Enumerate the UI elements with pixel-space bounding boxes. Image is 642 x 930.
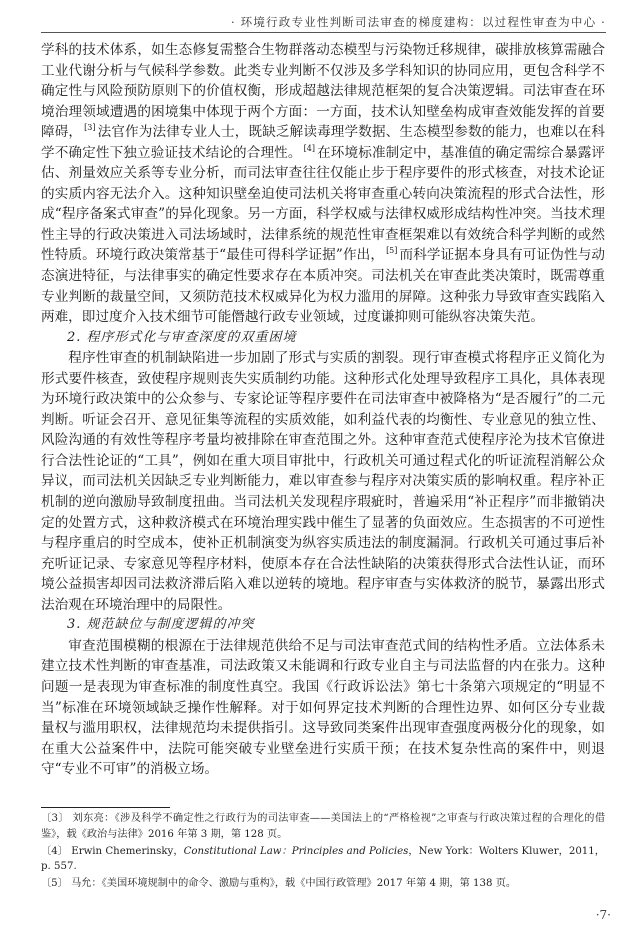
section-heading-3: 3. 规范缺位与制度逻辑的冲突: [41, 615, 605, 636]
footnote-title: Constitutional Law：Principles and Polici…: [184, 846, 409, 857]
header-rule: [41, 32, 606, 33]
footnote-author: Erwin Chemerinsky，: [71, 846, 183, 857]
footnote-divider: [41, 807, 170, 808]
footnote-ref-3[interactable]: [3]: [84, 123, 95, 132]
footnote-3: 〔3〕 刘东亮：《涉及科学不确定性之行政行为的司法审查——美国法上的“严格检视”…: [41, 811, 605, 842]
paragraph: 程序性审查的机制缺陷进一步加剧了形式与实质的割裂。现行审查模式将程序正义简化为形…: [41, 348, 605, 615]
paragraph-text: 在环境标准制定中，基准值的确定需综合暴露评估、剂量效应关系等专业分析，而司法审查…: [41, 145, 605, 264]
footnote-text: 马允：《美国环境规制中的命令、激励与重构》，载《中国行政管理》2017 年第 4…: [71, 878, 516, 889]
section-heading-2: 2. 程序形式化与审查深度的双重困境: [41, 328, 605, 349]
footnote-5: 〔5〕 马允：《美国环境规制中的命令、激励与重构》，载《中国行政管理》2017 …: [41, 876, 605, 892]
footnote-4: 〔4〕 Erwin Chemerinsky，Constitutional Law…: [41, 844, 605, 875]
running-header: · 环境行政专业性判断司法审查的梯度建构：以过程性审查为中心 ·: [41, 14, 606, 30]
page-number: ·7·: [596, 908, 611, 922]
paragraph-continued: 学科的技术体系，如生态修复需整合生物群落动态模型与污染物迁移规律，碳排放核算需融…: [41, 40, 605, 328]
footnote-marker: 〔4〕: [41, 846, 68, 857]
footnote-marker: 〔3〕: [41, 813, 69, 824]
footnote-text: 刘东亮：《涉及科学不确定性之行政行为的司法审查——美国法上的“严格检视”之审查与…: [41, 813, 605, 840]
footnote-ref-5[interactable]: [5]: [386, 246, 397, 255]
footnote-ref-4[interactable]: [4]: [304, 144, 315, 153]
footnotes: 〔3〕 刘东亮：《涉及科学不确定性之行政行为的司法审查——美国法上的“严格检视”…: [41, 811, 605, 893]
body-text: 学科的技术体系，如生态修复需整合生物群落动态模型与污染物迁移规律，碳排放核算需融…: [41, 40, 605, 780]
footnote-marker: 〔5〕: [41, 878, 68, 889]
paragraph: 审查范围模糊的根源在于法律规范供给不足与司法审查范式间的结构性矛盾。立法体系未建…: [41, 636, 605, 780]
